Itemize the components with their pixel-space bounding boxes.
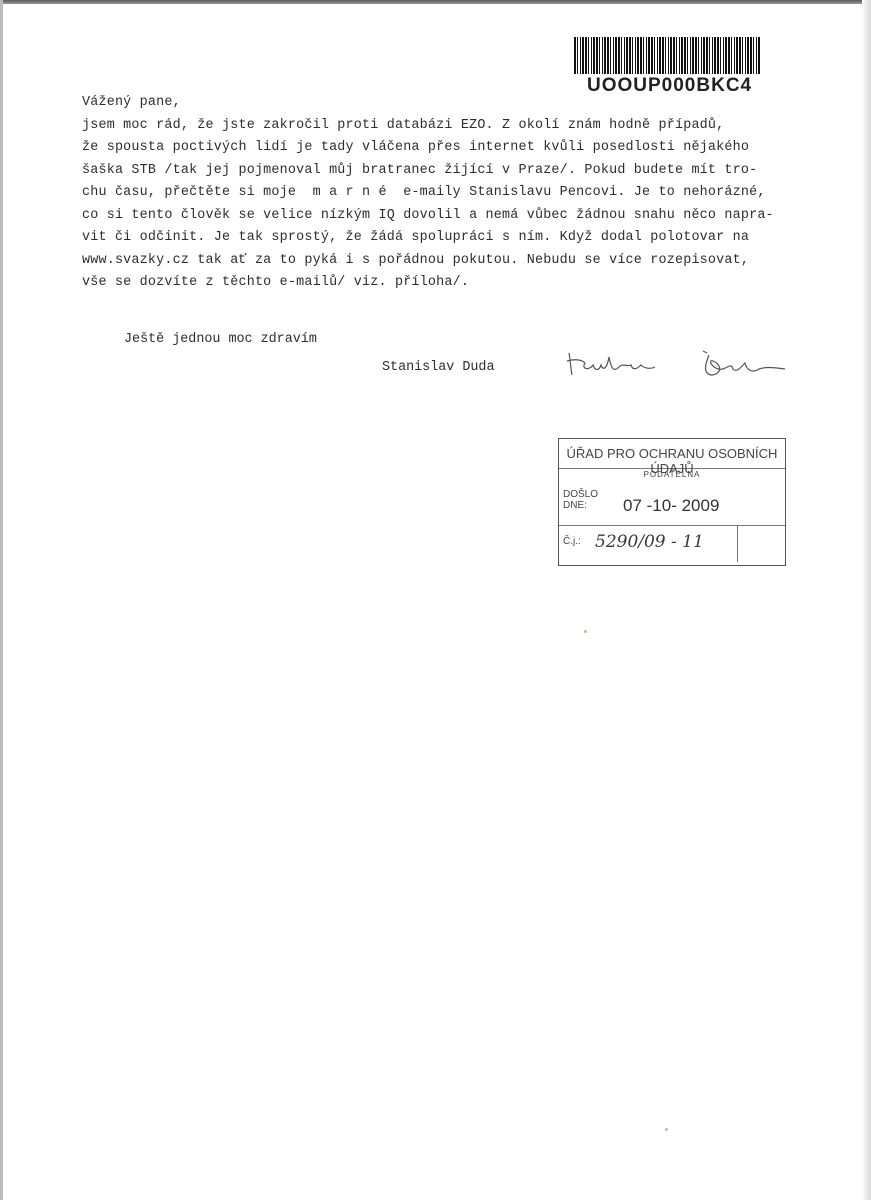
- scan-top-edge: [0, 0, 871, 4]
- barcode: [574, 37, 760, 74]
- body-line: chu času, přečtěte si moje m a r n é e-m…: [82, 182, 842, 205]
- scan-right-edge: [862, 0, 871, 1200]
- stamp-reference-row: Č.j.: 5290/09 - 11: [559, 526, 785, 562]
- stamp-reference-label: Č.j.:: [563, 536, 581, 547]
- paper-speck: [665, 1128, 668, 1131]
- paper-speck: [584, 630, 587, 633]
- stamp-divider: [737, 526, 738, 562]
- stamp-received-label: DOŠLO DNE:: [563, 489, 598, 511]
- registry-stamp: ÚŘAD PRO OCHRANU OSOBNÍCH ÚDAJŮ PODATELN…: [558, 438, 786, 566]
- stamp-received-row: DOŠLO DNE: 07 -10- 2009: [559, 469, 785, 526]
- letter-body: Vážený pane, jsem moc rád, že jste zakro…: [82, 92, 842, 295]
- closing: Ještě jednou moc zdravím: [124, 332, 317, 347]
- stamp-office: ÚŘAD PRO OCHRANU OSOBNÍCH ÚDAJŮ PODATELN…: [559, 439, 785, 469]
- body-line: že spousta poctivých lidí je tady vláčen…: [82, 137, 842, 160]
- stamp-received-date: 07 -10- 2009: [623, 496, 719, 516]
- stamp-reference-number: 5290/09 - 11: [595, 532, 704, 552]
- body-line: www.svazky.cz tak ať za to pyká i s pořá…: [82, 250, 842, 273]
- signer-name: Stanislav Duda: [382, 360, 495, 375]
- scan-left-edge: [0, 0, 3, 1200]
- body-line: vit či odčinit. Je tak sprostý, že žádá …: [82, 227, 842, 250]
- body-line: co si tento člověk se velice nízkým IQ d…: [82, 205, 842, 228]
- body-line: šaška STB /tak jej pojmenoval můj bratra…: [82, 160, 842, 183]
- body-line: jsem moc rád, že jste zakročil proti dat…: [82, 115, 842, 138]
- body-line: vše se dozvíte z těchto e-mailů/ viz. př…: [82, 272, 842, 295]
- handwritten-signature: [563, 345, 793, 381]
- salutation: Vážený pane,: [82, 92, 842, 115]
